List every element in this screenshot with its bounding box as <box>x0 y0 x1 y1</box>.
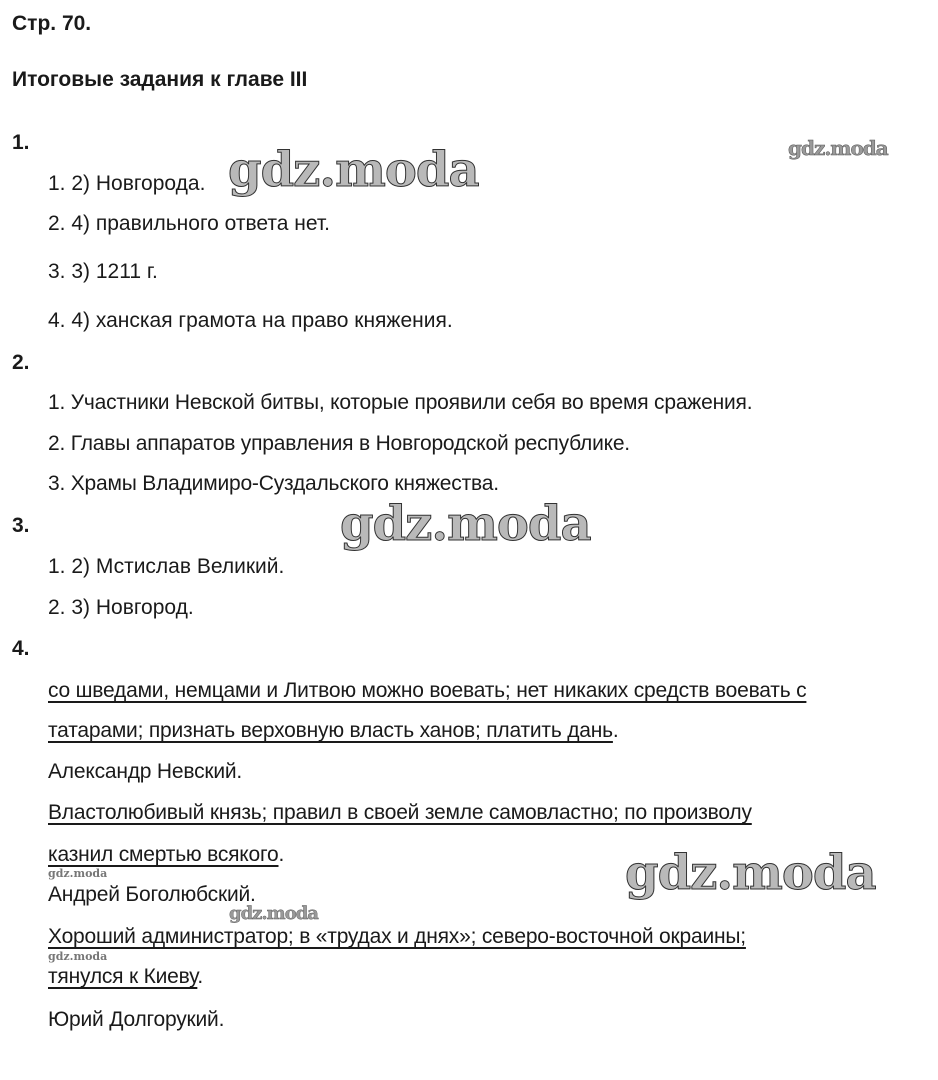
task-2-item-1: 1. Участники Невской битвы, которые проя… <box>48 391 752 415</box>
watermark-large-3: gdz.moda <box>625 845 876 901</box>
watermark-mid-1: gdz.moda <box>229 903 318 924</box>
entry-2-description-line-2: казнил смертью всякого <box>48 843 279 866</box>
period: . <box>279 843 285 866</box>
task-4-entry-1-answer: Александр Невский. <box>48 760 242 784</box>
period: . <box>197 965 203 988</box>
page-label: Стр. 70. <box>12 12 91 36</box>
watermark-large-2: gdz.moda <box>340 496 591 552</box>
entry-1-description-line-2: татарами; признать верховную власть хано… <box>48 719 613 742</box>
task-1-item-1: 1. 2) Новгорода. <box>48 172 205 196</box>
task-number-4: 4. <box>12 637 30 661</box>
task-1-item-4: 4. 4) ханская грамота на право княжения. <box>48 309 453 333</box>
task-1-item-2: 2. 4) правильного ответа нет. <box>48 212 330 236</box>
task-number-1: 1. <box>12 131 30 155</box>
watermark-tiny-2: gdz.moda <box>48 950 107 963</box>
task-4-entry-1-line-2: татарами; признать верховную власть хано… <box>48 719 619 743</box>
task-2-item-2: 2. Главы аппаратов управления в Новгород… <box>48 432 630 456</box>
task-4-entry-3-line-2: тянулся к Киеву. <box>48 965 203 989</box>
task-4-entry-2-answer: Андрей Боголюбский. <box>48 883 256 907</box>
task-number-3: 3. <box>12 514 30 538</box>
task-4-entry-3-answer: Юрий Долгорукий. <box>48 1008 224 1032</box>
task-4-entry-2-line-2: казнил смертью всякого. <box>48 843 284 867</box>
task-3-item-1: 1. 2) Мстислав Великий. <box>48 555 284 579</box>
task-1-item-3: 3. 3) 1211 г. <box>48 260 158 284</box>
watermark-large-1: gdz.moda <box>228 142 479 198</box>
task-4-entry-1-line-1: со шведами, немцами и Литвою можно воева… <box>48 679 806 703</box>
period: . <box>613 719 619 742</box>
entry-2-description-line-1: Властолюбивый князь; правил в своей земл… <box>48 801 752 824</box>
watermark-tiny-1: gdz.moda <box>48 867 107 880</box>
entry-1-description-line-1: со шведами, немцами и Литвою можно воева… <box>48 679 806 702</box>
task-number-2: 2. <box>12 351 30 375</box>
watermark-small-1: gdz.moda <box>788 136 888 160</box>
entry-3-description-line-1: Хороший администратор; в «трудах и днях»… <box>48 925 746 948</box>
task-4-entry-2-line-1: Властолюбивый князь; правил в своей земл… <box>48 801 752 825</box>
entry-3-description-line-2: тянулся к Киеву <box>48 965 197 988</box>
task-2-item-3: 3. Храмы Владимиро-Суздальского княжеств… <box>48 472 499 496</box>
section-title: Итоговые задания к главе III <box>12 68 307 92</box>
task-4-entry-3-line-1: Хороший администратор; в «трудах и днях»… <box>48 925 746 949</box>
task-3-item-2: 2. 3) Новгород. <box>48 596 194 620</box>
